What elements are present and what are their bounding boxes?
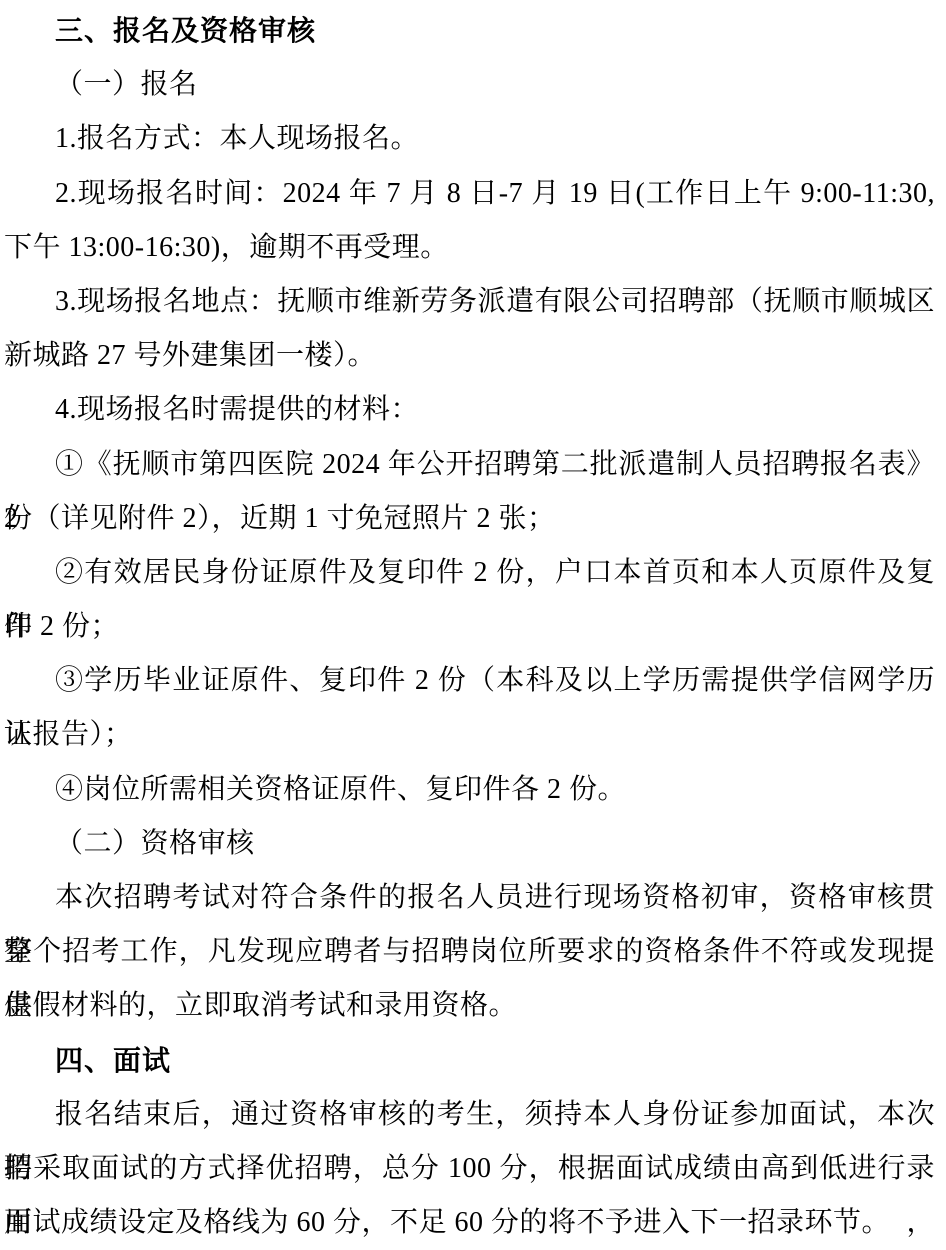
- text-line: ①《抚顺市第四医院 2024 年公开招聘第二批派遣制人员招聘报名表》2: [0, 438, 946, 492]
- text-line: 面试成绩设定及格线为 60 分，不足 60 分的将不予进入下一招录环节。: [0, 1196, 946, 1250]
- text-line: 新城路 27 号外建集团一楼）。: [0, 329, 946, 383]
- text-line: 虚假材料的，立即取消考试和录用资格。: [0, 979, 946, 1033]
- text-line: 证报告）；: [0, 708, 946, 762]
- text-line: ③学历毕业证原件、复印件 2 份（本科及以上学历需提供学信网学历认: [0, 654, 946, 708]
- text-line: ④岗位所需相关资格证原件、复印件各 2 份。: [0, 763, 946, 817]
- text-line: 整个招考工作，凡发现应聘者与招聘岗位所要求的资格条件不符或发现提供: [0, 925, 946, 979]
- text-line: 3.现场报名地点：抚顺市维新劳务派遣有限公司招聘部（抚顺市顺城区: [0, 275, 946, 329]
- text-line: 份（详见附件 2），近期 1 寸免冠照片 2 张；: [0, 492, 946, 546]
- document-page: 三、报名及资格审核 （一）报名 1.报名方式：本人现场报名。 2.现场报名时间：…: [0, 0, 946, 1250]
- text-line: ②有效居民身份证原件及复印件 2 份，户口本首页和本人页原件及复印: [0, 546, 946, 600]
- text-line: 2.现场报名时间：2024 年 7 月 8 日-7 月 19 日(工作日上午 9…: [0, 167, 946, 221]
- text-line: 件 2 份；: [0, 600, 946, 654]
- text-line: 聘采取面试的方式择优招聘，总分 100 分，根据面试成绩由高到低进行录用，: [0, 1142, 946, 1196]
- text-line: 1.报名方式：本人现场报名。: [0, 112, 946, 166]
- subsection-heading: （一）报名: [0, 58, 946, 112]
- section-heading-3: 三、报名及资格审核: [0, 4, 946, 58]
- text-line: 4.现场报名时需提供的材料：: [0, 383, 946, 437]
- subsection-heading: （二）资格审核: [0, 817, 946, 871]
- section-heading-4: 四、面试: [0, 1034, 946, 1088]
- text-line: 下午 13:00-16:30)，逾期不再受理。: [0, 221, 946, 275]
- text-line: 报名结束后，通过资格审核的考生，须持本人身份证参加面试，本次招: [0, 1088, 946, 1142]
- text-line: 本次招聘考试对符合条件的报名人员进行现场资格初审，资格审核贯穿: [0, 871, 946, 925]
